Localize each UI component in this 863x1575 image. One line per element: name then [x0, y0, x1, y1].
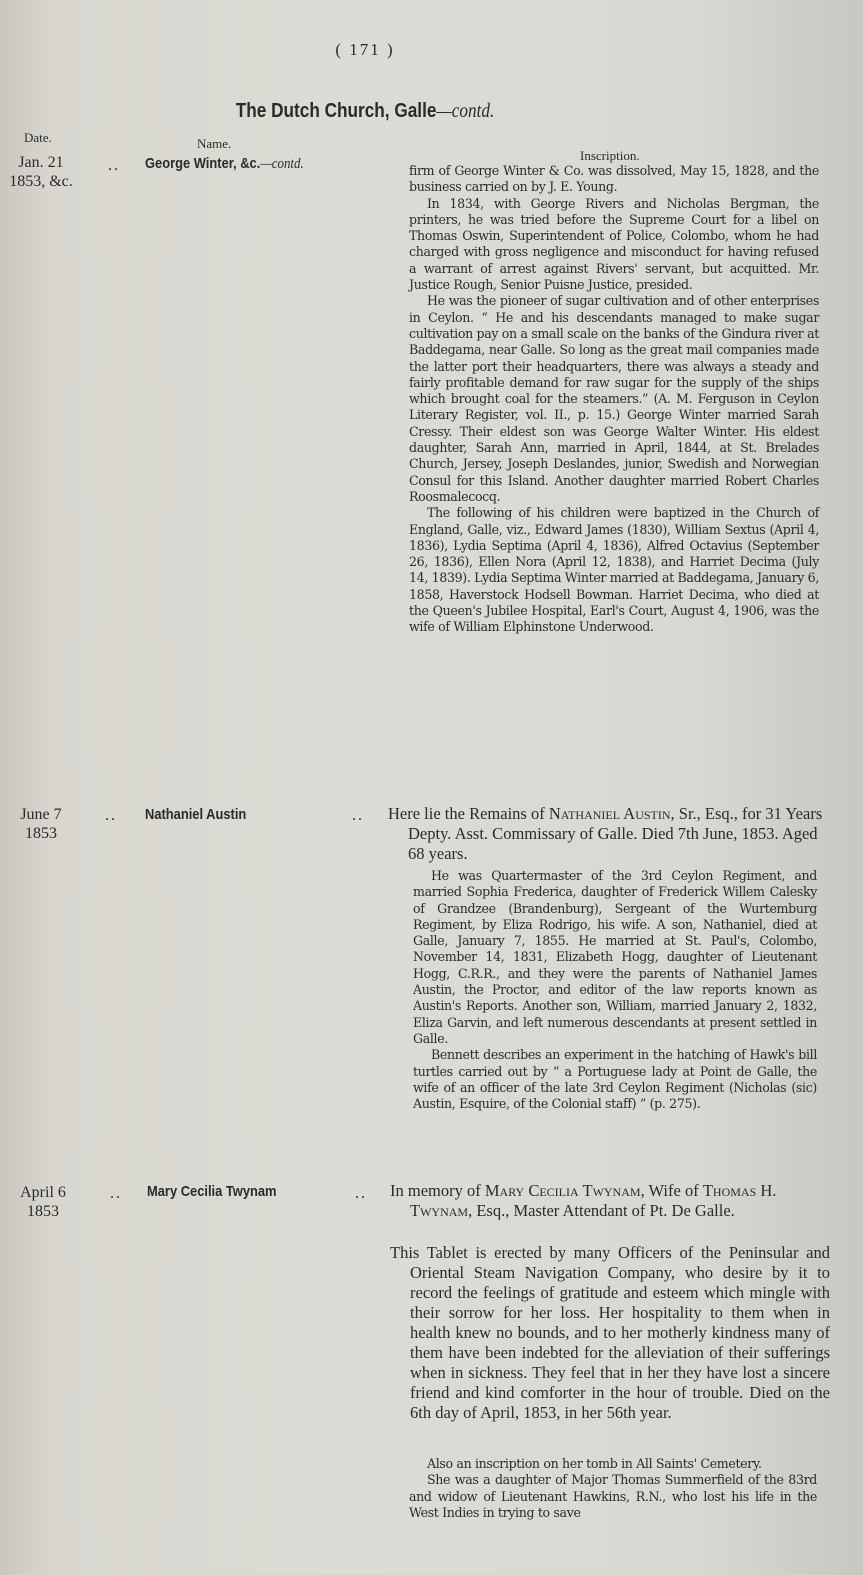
- inscription-body: He was Quartermaster of the 3rd Ceylon R…: [413, 868, 817, 1112]
- paragraph: The following of his children were bapti…: [409, 505, 819, 635]
- name-text: George Winter, &c.: [145, 155, 260, 172]
- column-header-inscription: Inscription.: [580, 148, 640, 164]
- entry-date: Jan. 21 1853, &c.: [8, 153, 74, 191]
- paragraph: In 1834, with George Rivers and Nicholas…: [409, 196, 819, 294]
- inscription-lead: Here lie the Remains of Nathaniel Austin…: [388, 804, 838, 864]
- tablet-text: This Tablet is erected by many Officers …: [390, 1243, 830, 1423]
- paragraph: Also an inscription on her tomb in All S…: [409, 1456, 817, 1472]
- inscription-body: Also an inscription on her tomb in All S…: [409, 1456, 817, 1521]
- date-line: 1853: [10, 1202, 76, 1221]
- paragraph: He was Quartermaster of the 3rd Ceylon R…: [413, 868, 817, 1047]
- lead-text: , Esq., Master Attendant of Pt. De Galle…: [468, 1201, 735, 1220]
- leader-dots: ..: [355, 1185, 367, 1203]
- lead-text: In memory of: [390, 1181, 485, 1200]
- lead-smallcaps: Mary Cecilia Twynam: [485, 1181, 641, 1200]
- name-suffix: —contd.: [260, 156, 303, 172]
- entry-name: Mary Cecilia Twynam: [147, 1183, 277, 1200]
- date-line: 1853, &c.: [8, 172, 74, 191]
- paragraph: He was the pioneer of sugar cultivation …: [409, 293, 819, 505]
- date-line: April 6: [10, 1183, 76, 1202]
- entry-date: June 7 1853: [8, 805, 74, 843]
- page-number: ( 171 ): [0, 40, 730, 60]
- title-text: The Dutch Church, Galle: [236, 100, 437, 122]
- leader-dots: ..: [352, 807, 364, 825]
- entry-date: April 6 1853: [10, 1183, 76, 1221]
- leader-dots: ..: [110, 1185, 122, 1203]
- paragraph: She was a daughter of Major Thomas Summe…: [409, 1472, 817, 1521]
- lead-smallcaps: Nathaniel Austin: [549, 804, 671, 823]
- paragraph: Bennett describes an experiment in the h…: [413, 1047, 817, 1112]
- leader-dots: ..: [108, 157, 120, 175]
- title-suffix: —contd.: [436, 100, 494, 122]
- date-line: Jan. 21: [8, 153, 74, 172]
- paragraph: firm of George Winter & Co. was dissolve…: [409, 163, 819, 196]
- entry-name: Nathaniel Austin: [145, 806, 246, 823]
- lead-text: , Wife of: [641, 1181, 703, 1200]
- page-title: The Dutch Church, Galle—contd.: [51, 100, 679, 123]
- inscription-body: firm of George Winter & Co. was dissolve…: [409, 163, 819, 636]
- lead-text: Here lie the Remains of: [388, 804, 549, 823]
- date-line: June 7: [8, 805, 74, 824]
- leader-dots: ..: [105, 807, 117, 825]
- column-header-date: Date.: [24, 130, 52, 146]
- entry-name: George Winter, &c.—contd.: [145, 155, 304, 173]
- column-header-name: Name.: [197, 136, 231, 152]
- date-line: 1853: [8, 824, 74, 843]
- inscription-lead: In memory of Mary Cecilia Twynam, Wife o…: [390, 1181, 830, 1221]
